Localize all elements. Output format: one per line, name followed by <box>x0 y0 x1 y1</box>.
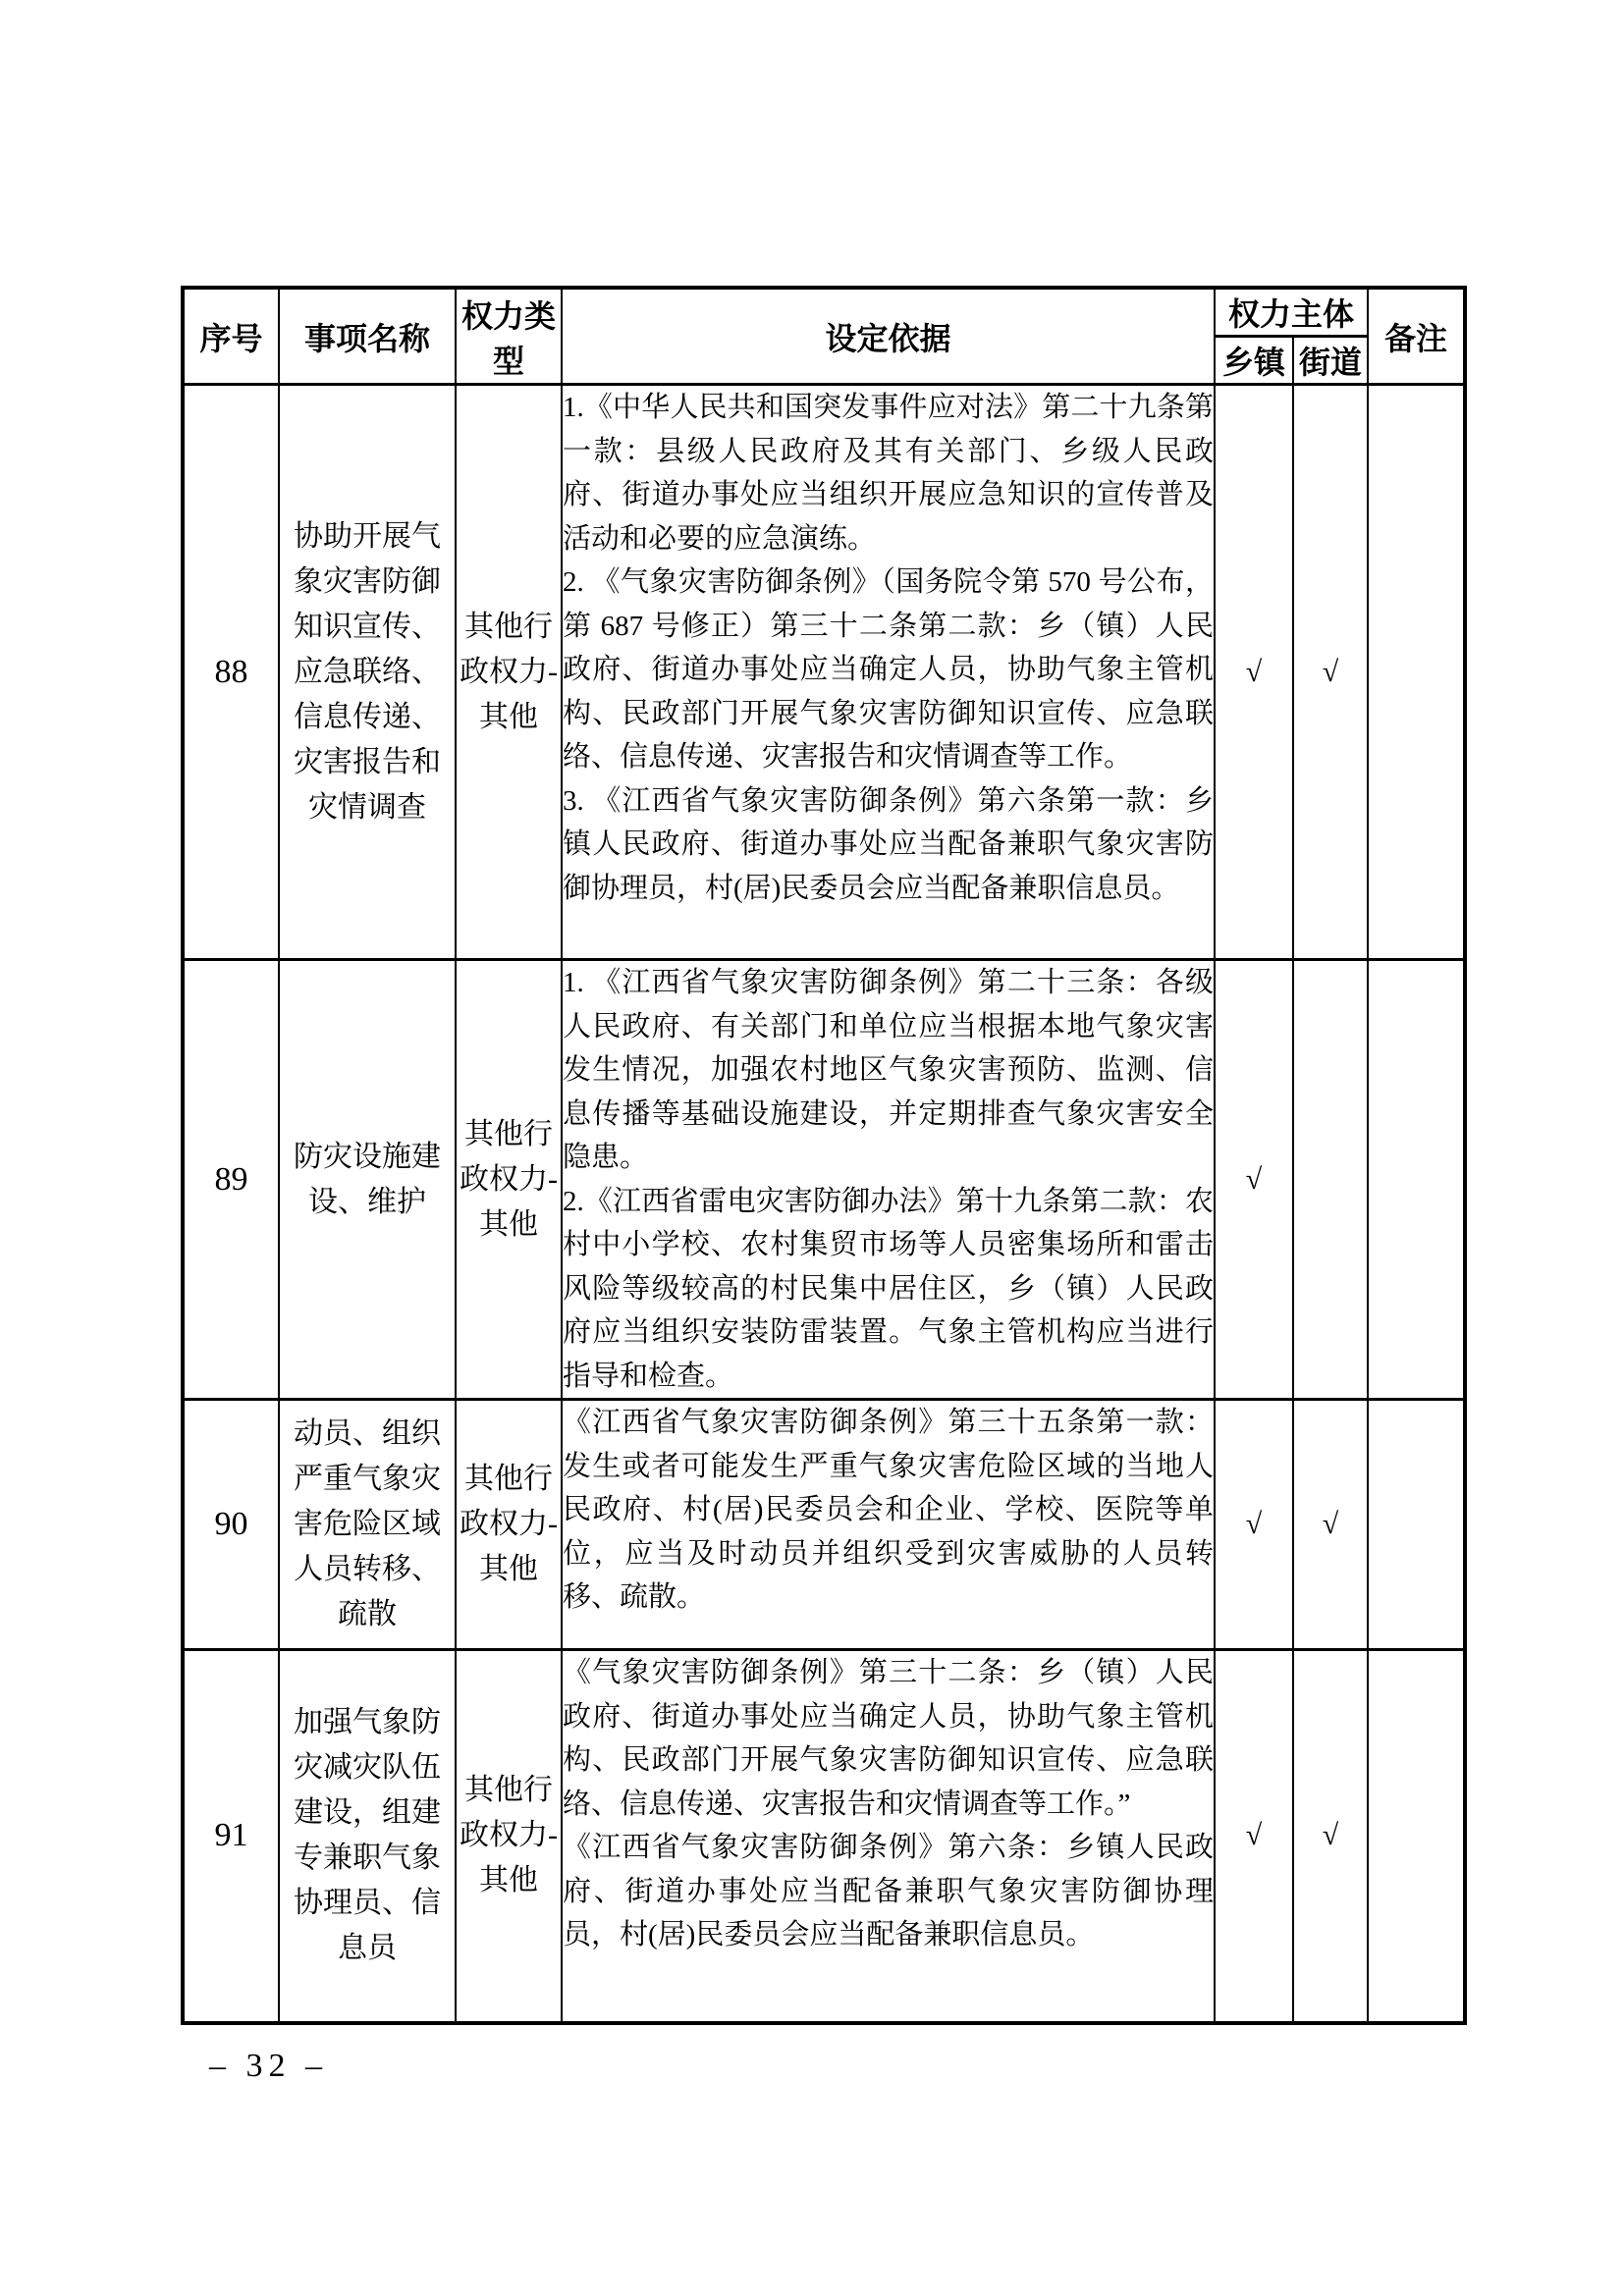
township-check-cell: √ <box>1215 1400 1293 1650</box>
header-basis: 设定依据 <box>562 288 1215 385</box>
street-check-cell: √ <box>1293 385 1368 960</box>
township-check-cell: √ <box>1215 1650 1293 2023</box>
power-type-cell: 其他行政权力-其他 <box>456 1650 562 2023</box>
street-check-cell: √ <box>1293 1400 1368 1650</box>
header-power-type: 权力类型 <box>456 288 562 385</box>
header-row-1: 序号 事项名称 权力类型 设定依据 权力主体 备注 <box>183 288 1465 337</box>
header-item-name: 事项名称 <box>279 288 456 385</box>
header-power-subject: 权力主体 <box>1215 288 1368 337</box>
basis-cell: 《气象灾害防御条例》第三十二条：乡（镇）人民政府、街道办事处应当确定人员，协助气… <box>562 1650 1215 2023</box>
basis-cell: 1.《中华人民共和国突发事件应对法》第二十九条第一款：县级人民政府及其有关部门、… <box>562 385 1215 960</box>
street-check-cell: √ <box>1293 1650 1368 2023</box>
document-page: 序号 事项名称 权力类型 设定依据 权力主体 备注 乡镇 街道 88 协助开展气… <box>0 0 1624 2296</box>
remark-cell <box>1368 960 1465 1400</box>
item-name-cell: 防灾设施建设、维护 <box>279 960 456 1400</box>
seq-cell: 91 <box>183 1650 279 2023</box>
power-type-cell: 其他行政权力-其他 <box>456 385 562 960</box>
basis-cell: 《江西省气象灾害防御条例》第三十五条第一款：发生或者可能发生严重气象灾害危险区域… <box>562 1400 1215 1650</box>
township-check-cell: √ <box>1215 960 1293 1400</box>
power-type-cell: 其他行政权力-其他 <box>456 1400 562 1650</box>
street-check-cell <box>1293 960 1368 1400</box>
table-row-89: 89 防灾设施建设、维护 其他行政权力-其他 1. 《江西省气象灾害防御条例》第… <box>183 960 1465 1400</box>
seq-cell: 88 <box>183 385 279 960</box>
seq-cell: 89 <box>183 960 279 1400</box>
header-township: 乡镇 <box>1215 337 1293 385</box>
table-header: 序号 事项名称 权力类型 设定依据 权力主体 备注 乡镇 街道 <box>183 288 1465 385</box>
seq-cell: 90 <box>183 1400 279 1650</box>
page-number: – 32 – <box>209 2048 328 2085</box>
remark-cell <box>1368 1650 1465 2023</box>
item-name-cell: 加强气象防灾减灾队伍建设，组建专兼职气象协理员、信息员 <box>279 1650 456 2023</box>
basis-cell: 1. 《江西省气象灾害防御条例》第二十三条：各级人民政府、有关部门和单位应当根据… <box>562 960 1215 1400</box>
rights-table: 序号 事项名称 权力类型 设定依据 权力主体 备注 乡镇 街道 88 协助开展气… <box>181 286 1467 2025</box>
power-type-cell: 其他行政权力-其他 <box>456 960 562 1400</box>
table-row-90: 90 动员、组织严重气象灾害危险区域人员转移、疏散 其他行政权力-其他 《江西省… <box>183 1400 1465 1650</box>
township-check-cell: √ <box>1215 385 1293 960</box>
header-seq: 序号 <box>183 288 279 385</box>
header-street: 街道 <box>1293 337 1368 385</box>
table-body: 88 协助开展气象灾害防御知识宣传、应急联络、信息传递、灾害报告和灾情调查 其他… <box>183 385 1465 2023</box>
table-row-88: 88 协助开展气象灾害防御知识宣传、应急联络、信息传递、灾害报告和灾情调查 其他… <box>183 385 1465 960</box>
item-name-cell: 动员、组织严重气象灾害危险区域人员转移、疏散 <box>279 1400 456 1650</box>
item-name-cell: 协助开展气象灾害防御知识宣传、应急联络、信息传递、灾害报告和灾情调查 <box>279 385 456 960</box>
remark-cell <box>1368 385 1465 960</box>
header-remark: 备注 <box>1368 288 1465 385</box>
table-row-91: 91 加强气象防灾减灾队伍建设，组建专兼职气象协理员、信息员 其他行政权力-其他… <box>183 1650 1465 2023</box>
remark-cell <box>1368 1400 1465 1650</box>
